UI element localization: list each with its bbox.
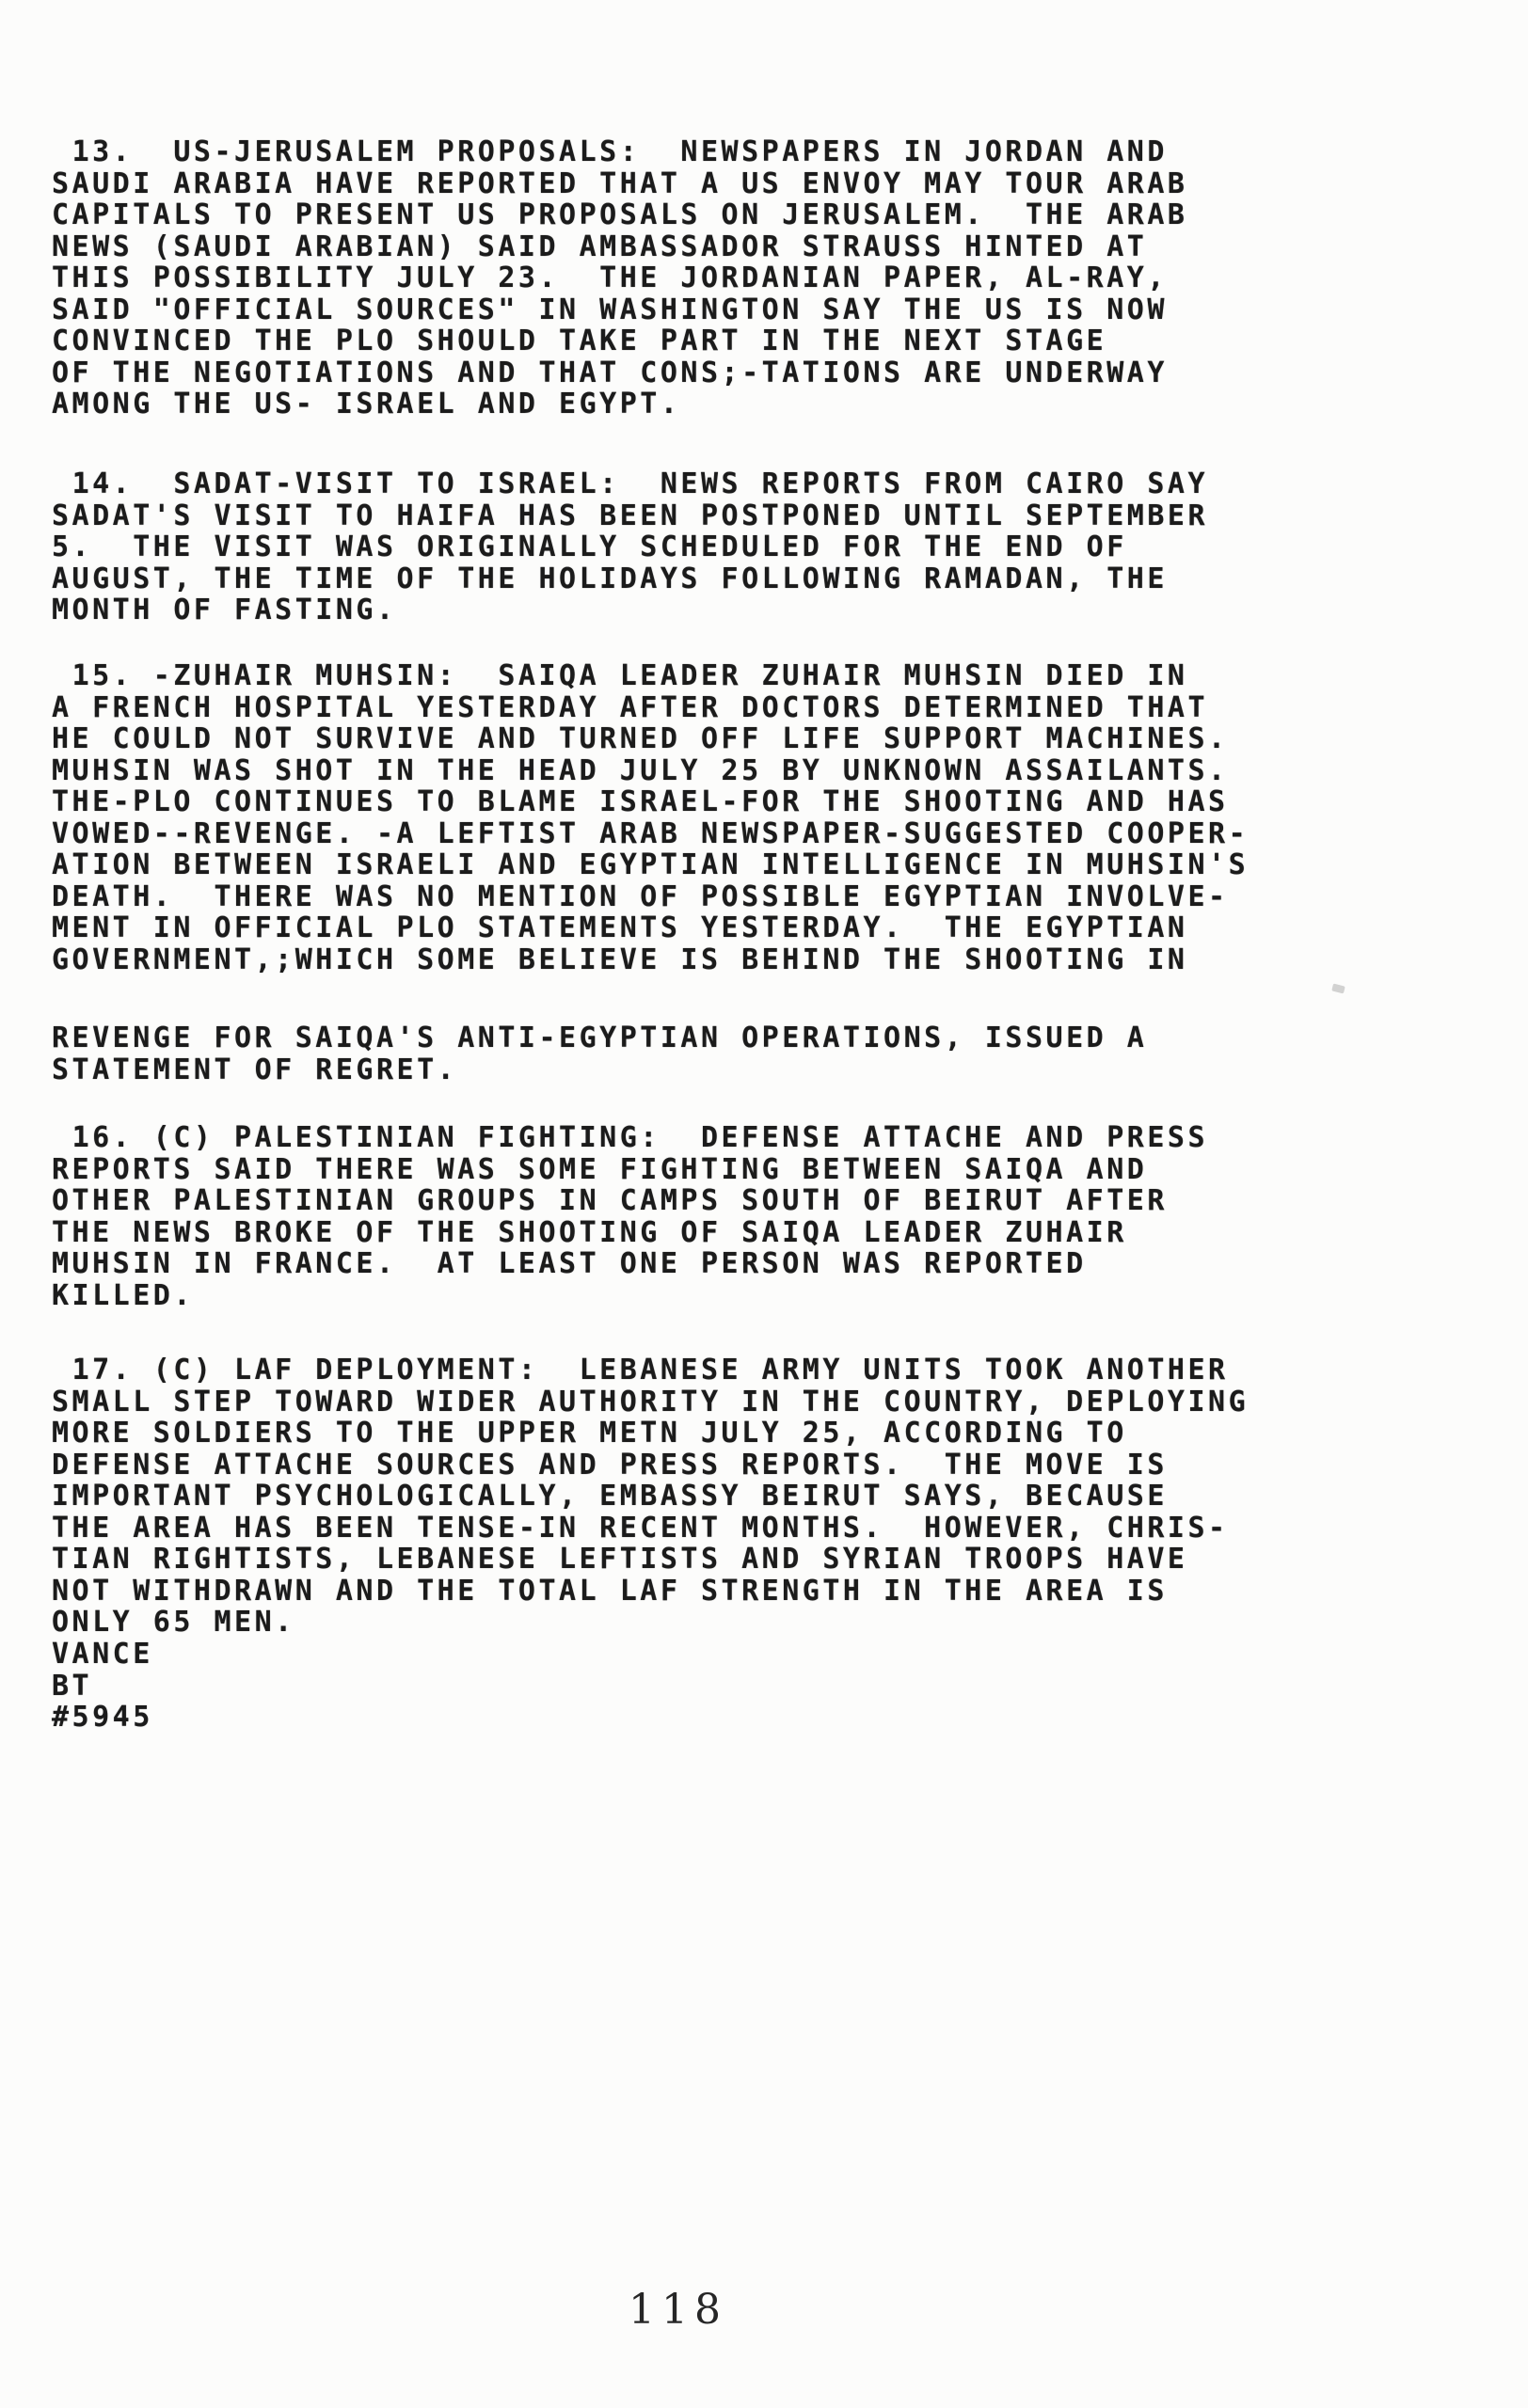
paragraph-17-laf-deployment: 17. (C) LAF DEPLOYMENT: LEBANESE ARMY UN… [52,1354,1491,1639]
paragraph-13-us-jerusalem-proposals: 13. US-JERUSALEM PROPOSALS: NEWSPAPERS I… [52,136,1491,420]
paragraph-14-sadat-visit-to-israel: 14. SADAT-VISIT TO ISRAEL: NEWS REPORTS … [52,468,1491,626]
page-number: 118 [629,2286,727,2334]
paragraph-15-continuation: REVENGE FOR SAIQA'S ANTI-EGYPTIAN OPERAT… [52,1022,1491,1085]
scan-smudge-mark [1331,984,1345,994]
paragraph-15-zuhair-muhsin: 15. -ZUHAIR MUHSIN: SAIQA LEADER ZUHAIR … [52,660,1491,975]
scanned-page: 13. US-JERUSALEM PROPOSALS: NEWSPAPERS I… [0,0,1528,2408]
paragraph-16-palestinian-fighting: 16. (C) PALESTINIAN FIGHTING: DEFENSE AT… [52,1122,1491,1311]
signature-block: VANCE BT #5945 [52,1639,1491,1734]
